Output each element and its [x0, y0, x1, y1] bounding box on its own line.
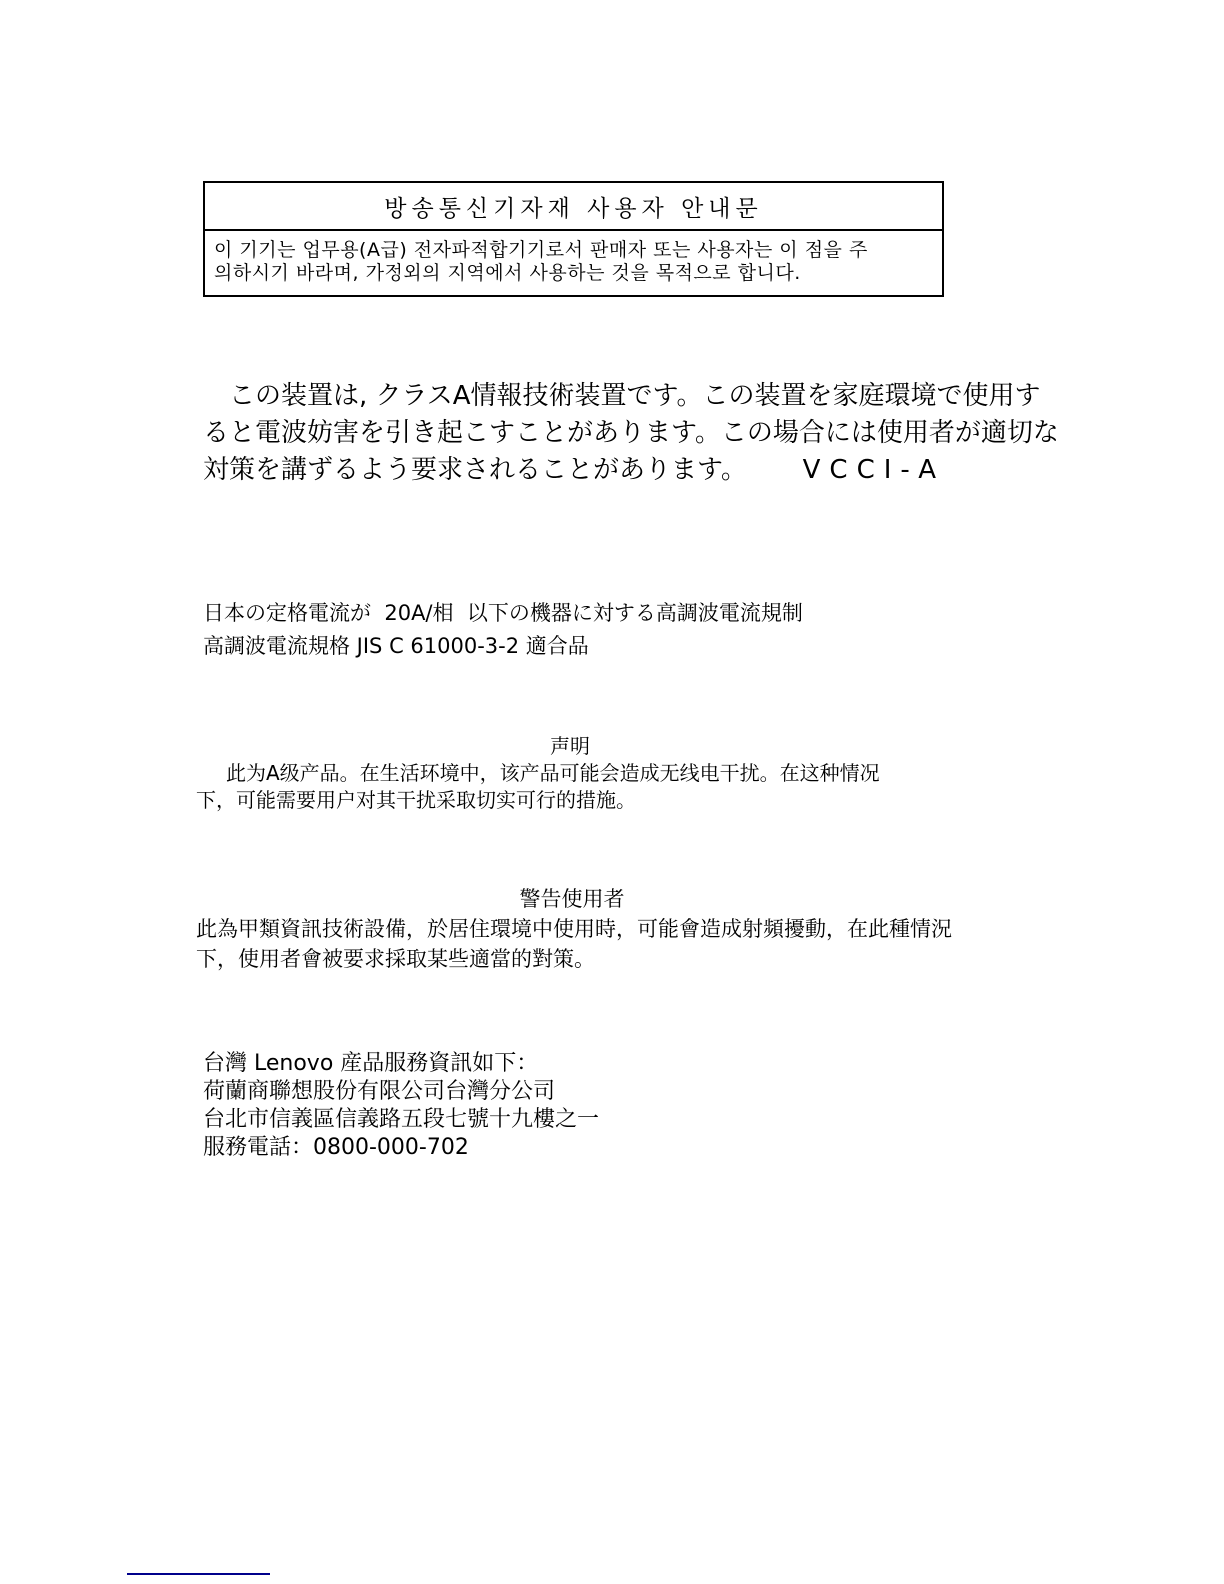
taiwan-warning-line-2: 下，使用者會被要求採取某些適當的對策。	[196, 944, 948, 974]
taiwan-service-line-3: 台北市信義區信義路五段七號十九樓之一	[203, 1106, 599, 1134]
korean-notice-body: 이 기기는 업무용(A급) 전자파적합기기로서 판매자 또는 사용자는 이 점을…	[205, 231, 942, 295]
taiwan-service-line-2: 荷蘭商聯想股份有限公司台灣分公司	[203, 1078, 599, 1106]
footnote-separator-rule	[127, 1573, 270, 1575]
taiwan-warning-title: 警告使用者	[196, 884, 948, 914]
document-page: 방송통신기자재 사용자 안내문 이 기기는 업무용(A급) 전자파적합기기로서 …	[0, 0, 1224, 1584]
vcci-class-a-notice: この装置は, クラスA情報技術装置です。この装置を家庭環境で使用す ると電波妨害…	[203, 378, 945, 489]
vcci-line-1: この装置は, クラスA情報技術装置です。この装置を家庭環境で使用す	[203, 378, 945, 415]
china-statement-line-2: 下，可能需要用户对其干扰采取切实可行的措施。	[196, 787, 944, 814]
taiwan-service-line-4: 服務電話：0800-000-702	[203, 1134, 599, 1162]
jis-harmonics-notice: 日本の定格電流が 20A/相 以下の機器に対する高調波電流規制 高調波電流規格 …	[203, 597, 803, 663]
taiwan-lenovo-service-info: 台灣 Lenovo 産品服務資訊如下： 荷蘭商聯想股份有限公司台灣分公司 台北市…	[203, 1050, 599, 1162]
vcci-line-2: ると電波妨害を引き起こすことがあります。この場合には使用者が適切な	[203, 415, 945, 452]
korean-emc-notice-box: 방송통신기자재 사용자 안내문 이 기기는 업무용(A급) 전자파적합기기로서 …	[203, 181, 944, 297]
taiwan-service-line-1: 台灣 Lenovo 産品服務資訊如下：	[203, 1050, 599, 1078]
china-class-a-statement: 声明 此为A级产品。在生活环境中，该产品可能会造成无线电干扰。在这种情况 下，可…	[196, 733, 944, 814]
vcci-line-3-text: 対策を講ずるよう要求されることがあります。	[203, 452, 747, 489]
korean-notice-line-1: 이 기기는 업무용(A급) 전자파적합기기로서 판매자 또는 사용자는 이 점을…	[214, 239, 934, 262]
korean-notice-line-2: 의하시기 바라며, 가정외의 지역에서 사용하는 것을 목적으로 합니다.	[214, 262, 934, 285]
jis-line-1: 日本の定格電流が 20A/相 以下の機器に対する高調波電流規制	[203, 597, 803, 630]
jis-line-2: 高調波電流規格 JIS C 61000-3-2 適合品	[203, 630, 803, 663]
china-statement-line-1: 此为A级产品。在生活环境中，该产品可能会造成无线电干扰。在这种情况	[196, 760, 944, 787]
taiwan-warning-line-1: 此為甲類資訊技術設備，於居住環境中使用時，可能會造成射頻擾動，在此種情況	[196, 914, 948, 944]
china-statement-title: 声明	[196, 733, 944, 760]
taiwan-class-a-warning: 警告使用者 此為甲類資訊技術設備，於居住環境中使用時，可能會造成射頻擾動，在此種…	[196, 884, 948, 974]
vcci-a-mark: VCCI-A	[803, 452, 945, 489]
korean-notice-title: 방송통신기자재 사용자 안내문	[205, 183, 942, 231]
vcci-line-3: 対策を講ずるよう要求されることがあります。 VCCI-A	[203, 452, 945, 489]
